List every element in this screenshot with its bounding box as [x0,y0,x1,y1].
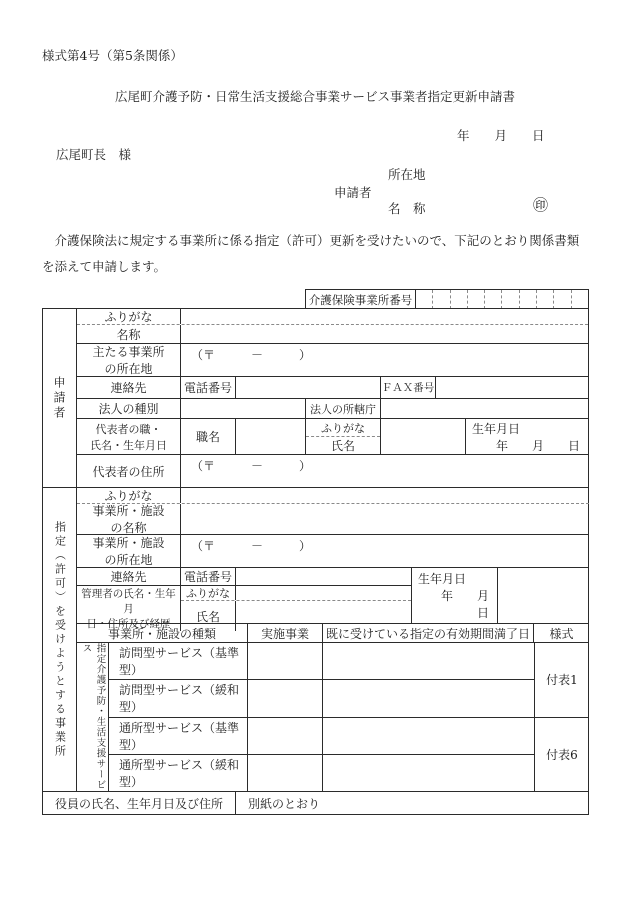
expiry-input-cell [323,643,534,679]
name-label: 名称 [77,325,181,343]
name-input-cell [181,325,588,343]
applicant-label: 申請者 [334,183,372,201]
contact-label: 連絡先 [77,377,181,398]
service-row: 通所型サービス（緩和型） [109,755,534,791]
job-title-label: 職名 [181,419,236,454]
business-input-cell [248,755,323,791]
applicant-section-side-label: 申請者 [43,309,77,487]
rep-name-label: 氏名 [306,437,380,454]
service-name: 訪問型サービス（基準型） [109,643,248,679]
office-section-side-label: 指定（許可）を受けようとする事業所 [43,488,77,791]
office-tel-label: 電話番号 [181,568,236,585]
rep-furigana-label: ふりがな [306,419,380,437]
seal-mark-icon: ㊞ [533,194,548,215]
office-number-box [536,290,553,309]
manager-birth-ymd: 年 月 日 [416,587,493,621]
form-number: 様式第4号（第5条関係） [42,46,183,64]
rep-name-stack: ふりがな 氏名 [306,419,381,454]
rep-name-input-cell [381,419,466,454]
service-name: 通所型サービス（基準型） [109,718,248,754]
office-number-box [467,290,484,309]
office-furigana-label: ふりがな [77,488,181,503]
application-table: 申請者 ふりがな 名称 主たる事業所 の所在地 （〒 － ） 連絡先 電話番号 [42,308,589,815]
expiry-input-cell [323,680,534,716]
manager-composite-row: 連絡先 電話番号 管理者の氏名・生年月 日・住所及び経歴 ふりがな [77,568,589,624]
birth-label: 生年月日 [470,420,584,437]
representative-row: 代表者の職・ 氏名・生年月日 職名 ふりがな 氏名 生年月日 年 月 日 [77,419,588,455]
addressee: 広尾町長 様 [56,145,131,163]
rep-birth-cell: 生年月日 年 月 日 [466,419,588,454]
office-address-label: 事業所・施設 の所在地 [77,535,181,567]
fax-label: ＦＡＸ番号 [381,377,436,398]
office-tel-input-cell [236,568,411,585]
manager-furigana-label: ふりがな [181,586,236,600]
office-number-box [519,290,536,309]
business-header: 実施事業 [248,624,323,642]
office-name-input-cell [181,504,589,534]
office-number-box [553,290,570,309]
document-page: 様式第4号（第5条関係） 広尾町介護予防・日常生活支援総合事業サービス事業者指定… [0,0,630,903]
office-number-box [571,290,588,309]
furigana-input-cell [181,309,588,324]
office-number-box [450,290,467,309]
applicant-address-row: 主たる事業所 の所在地 （〒 － ） [77,344,588,377]
document-title: 広尾町介護予防・日常生活支援総合事業サービス事業者指定更新申請書 [0,87,630,105]
rep-address-row: 代表者の住所 （〒 － ） [77,455,588,487]
representative-label: 代表者の職・ 氏名・生年月日 [77,419,181,454]
office-address-input-cell: （〒 － ） [181,535,589,567]
form-ref-1: 付表1 [535,643,589,718]
corp-authority-input-cell [381,399,588,418]
corp-authority-label: 法人の所轄庁 [306,399,381,418]
office-section: 指定（許可）を受けようとする事業所 ふりがな 事業所・施設 の名称 事業所・施設… [43,488,588,792]
tel-input-cell [236,377,381,398]
furigana-label: ふりがな [77,309,181,324]
office-number-label: 介護保険事業所番号 [306,290,416,309]
body-paragraph: 介護保険法に規定する事業所に係る指定（許可）更新を受けたいので、下記のとおり関係… [42,228,590,279]
office-furigana-input-cell [181,488,589,503]
forms-column: 付表1 付表6 [534,643,589,791]
service-type-header: 事業所・施設の種類 [77,624,248,642]
services-header-row: 事業所・施設の種類 実施事業 既に受けている指定の有効期間満了日 様式 [77,624,589,643]
fax-input-cell [436,377,588,398]
manager-left-group: 連絡先 電話番号 管理者の氏名・生年月 日・住所及び経歴 ふりがな [77,568,412,623]
date-line: 年 月 日 [457,126,545,144]
applicant-name-label: 名 称 [388,199,426,217]
business-input-cell [248,680,323,716]
applicant-contact-row: 連絡先 電話番号 ＦＡＸ番号 [77,377,588,399]
applicant-section: 申請者 ふりがな 名称 主たる事業所 の所在地 （〒 － ） 連絡先 電話番号 [43,309,588,488]
officers-row: 役員の氏名、生年月日及び住所 別紙のとおり [43,792,588,814]
office-name-label: 事業所・施設 の名称 [77,504,181,534]
applicant-name-row: 名称 [77,325,588,344]
expiry-input-cell [323,755,534,791]
office-number-box [416,290,432,309]
applicant-address-label: 所在地 [388,165,426,183]
office-address-row: 事業所・施設 の所在地 （〒 － ） [77,535,589,568]
business-input-cell [248,718,323,754]
rep-address-input-cell: （〒 － ） [181,455,588,487]
manager-birth-label: 生年月日 [416,570,493,587]
officers-label: 役員の氏名、生年月日及び住所 [43,792,236,814]
office-number-box [501,290,518,309]
service-row: 訪問型サービス（緩和型） [109,680,534,717]
address-input-cell: （〒 － ） [181,344,588,376]
office-contact-row: 連絡先 電話番号 [77,568,411,586]
tel-label: 電話番号 [181,377,236,398]
service-name: 通所型サービス（緩和型） [109,755,248,791]
office-number-row: 介護保険事業所番号 [305,289,589,309]
form-header: 様式 [534,624,589,642]
business-input-cell [248,643,323,679]
manager-furigana-row: ふりがな [181,586,411,601]
expiry-input-cell [323,718,534,754]
service-row: 訪問型サービス（基準型） [109,643,534,680]
main-office-label: 主たる事業所 の所在地 [77,344,181,376]
applicant-furigana-row: ふりがな [77,309,588,325]
corp-type-label: 法人の種別 [77,399,181,418]
services-side-label: 指定介護予防・生活支援サービス [77,643,109,791]
job-title-input-cell [236,419,306,454]
office-contact-label: 連絡先 [77,568,181,585]
office-number-boxes [416,290,588,309]
manager-birth-input-cell [498,568,589,623]
rep-address-label: 代表者の住所 [77,455,181,487]
office-number-box [432,290,449,309]
services-grid: 指定介護予防・生活支援サービス 訪問型サービス（基準型） 訪問型サービス（緩和型… [77,643,589,791]
officers-value: 別紙のとおり [236,792,588,814]
birth-ymd: 年 月 日 [470,437,584,454]
office-number-box [484,290,501,309]
service-name: 訪問型サービス（緩和型） [109,680,248,716]
corp-type-row: 法人の種別 法人の所轄庁 [77,399,588,419]
manager-birth-cell: 生年月日 年 月 日 [412,568,498,623]
expiry-header: 既に受けている指定の有効期間満了日 [323,624,534,642]
form-ref-6: 付表6 [535,718,589,792]
corp-type-input-cell [181,399,306,418]
service-row: 通所型サービス（基準型） [109,718,534,755]
manager-furigana-input-cell [236,586,411,600]
office-name-row: 事業所・施設 の名称 [77,504,589,535]
